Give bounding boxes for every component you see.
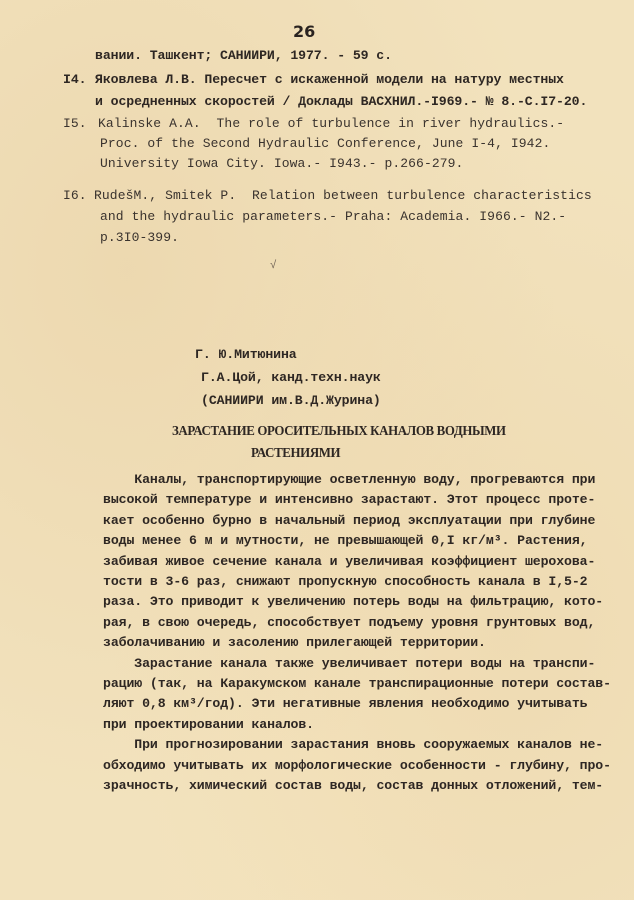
reference-continuation: вании. Ташкент; САНИИРИ, 1977. - 59 с. <box>95 48 392 64</box>
body-line: раза. Это приводит к увеличению потерь в… <box>103 594 603 610</box>
body-line: рацию (так, на Каракумском канале трансп… <box>103 676 611 692</box>
article-title: РАСТЕНИЯМИ <box>251 446 340 462</box>
reference-line: Яковлева Л.В. Пересчет с искаженной моде… <box>95 72 564 88</box>
body-line: обходимо учитывать их морфологические ос… <box>103 758 611 774</box>
pencil-mark: √ <box>270 260 277 272</box>
body-line: забивая живое сечение канала и увеличива… <box>103 554 595 570</box>
reference-line: p.3I0-399. <box>100 230 179 246</box>
document-page: 26 вании. Ташкент; САНИИРИ, 1977. - 59 с… <box>0 0 634 900</box>
author-affiliation: (САНИИРИ им.В.Д.Журина) <box>201 393 381 409</box>
body-line: заболачиванию и засолению прилегающей те… <box>103 635 486 651</box>
reference-number: I5. <box>63 116 87 132</box>
body-line: рая, в свою очередь, способствует подъем… <box>103 615 595 631</box>
body-line: высокой температуре и интенсивно зараста… <box>103 492 595 508</box>
reference-line: и осредненных скоростей / Доклады ВАСХНИ… <box>95 94 587 110</box>
reference-line: Proc. of the Second Hydraulic Conference… <box>100 136 550 152</box>
body-line: при проектировании каналов. <box>103 717 314 733</box>
reference-line: and the hydraulic parameters.- Praha: Ac… <box>100 209 566 225</box>
body-line: ляют 0,8 км³/год). Эти негативные явлени… <box>103 696 587 712</box>
reference-line: University Iowa City. Iowa.- I943.- p.26… <box>100 156 463 172</box>
reference-number: I4. <box>63 72 86 88</box>
body-line: Зарастание канала также увеличивает поте… <box>103 656 595 672</box>
page-number: 26 <box>293 22 315 41</box>
body-line: При прогнозировании зарастания вновь соо… <box>103 737 603 753</box>
author-name: Г.А.Цой, канд.техн.наук <box>201 370 381 386</box>
body-line: воды менее 6 м и мутности, не превышающе… <box>103 533 587 549</box>
author-name: Г. Ю.Митюнина <box>195 347 297 363</box>
body-line: кает особенно бурно в начальный период э… <box>103 513 595 529</box>
body-line: тости в 3-6 раз, снижают пропускную спос… <box>103 574 587 590</box>
reference-number: I6. <box>63 188 87 204</box>
reference-line: RudešM., Smitek P. Relation between turb… <box>94 188 592 204</box>
body-line: Каналы, транспортирующие осветленную вод… <box>103 472 595 488</box>
body-line: зрачность, химический состав воды, соста… <box>103 778 603 794</box>
article-title: ЗАРАСТАНИЕ ОРОСИТЕЛЬНЫХ КАНАЛОВ ВОДНЫМИ <box>172 424 506 440</box>
reference-line: Kalinske A.A. The role of turbulence in … <box>98 116 564 132</box>
